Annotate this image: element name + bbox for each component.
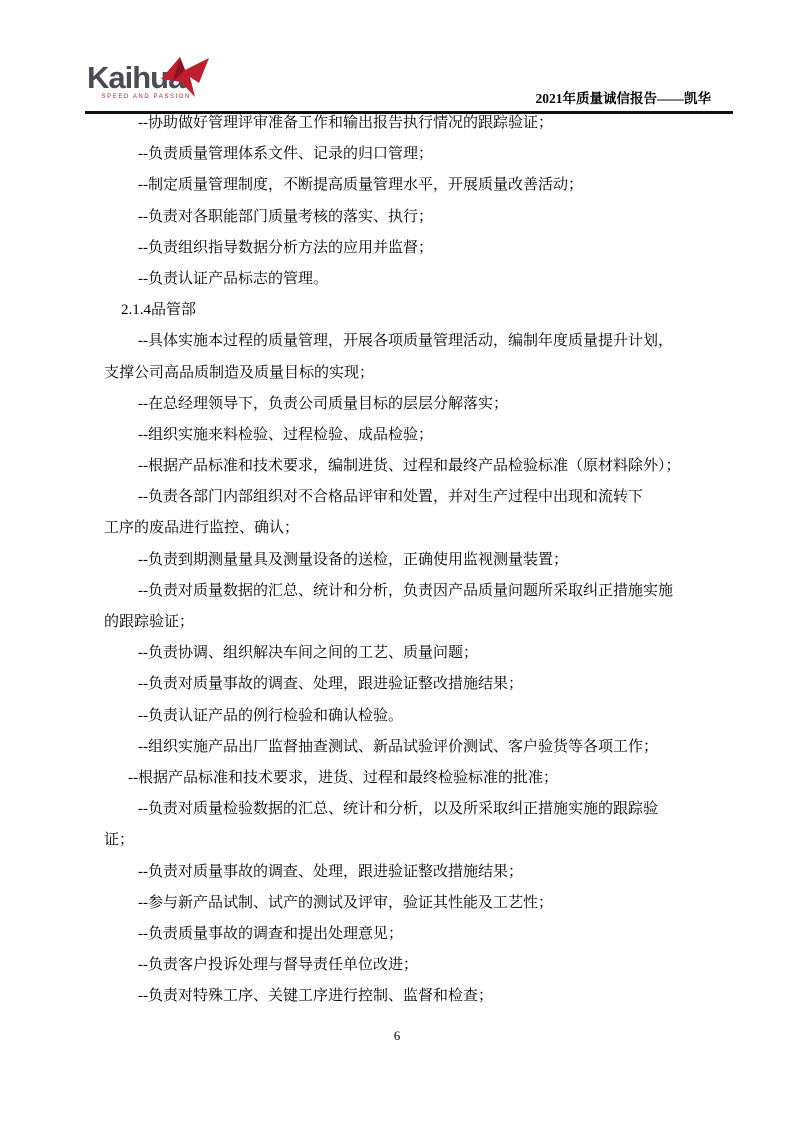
text-line: --具体实施本过程的质量管理，开展各项质量管理活动，编制年度质量提升计划， [104, 326, 724, 357]
text-line: --负责协调、组织解决车间之间的工艺、质量问题； [104, 638, 724, 669]
text-line: --负责认证产品标志的管理。 [104, 264, 724, 295]
text-line: --负责各部门内部组织对不合格品评审和处置，并对生产过程中出现和流转下 [104, 482, 724, 513]
text-line: --根据产品标准和技术要求，进货、过程和最终检验标准的批准； [104, 763, 724, 794]
document-page: Kaihua SPEED AND PASSION 2021年质量诚信报告——凯华… [0, 0, 794, 1123]
text-line: --在总经理领导下，负责公司质量目标的层层分解落实； [104, 389, 724, 420]
text-line: --组织实施来料检验、过程检验、成品检验； [104, 420, 724, 451]
text-line: --协助做好管理评审准备工作和输出报告执行情况的跟踪验证； [104, 108, 724, 139]
section-heading: 2.1.4品管部 [104, 295, 724, 326]
text-line: 工序的废品进行监控、确认； [104, 513, 724, 544]
text-line: --负责认证产品的例行检验和确认检验。 [104, 701, 724, 732]
text-line: 的跟踪验证； [104, 607, 724, 638]
kaihua-logo: Kaihua SPEED AND PASSION [87, 63, 217, 100]
text-line: --参与新产品试制、试产的测试及评审，验证其性能及工艺性； [104, 888, 724, 919]
text-line: --根据产品标准和技术要求，编制进货、过程和最终产品检验标准（原材料除外）； [104, 451, 724, 482]
text-line: --负责组织指导数据分析方法的应用并监督； [104, 233, 724, 264]
bird-icon [159, 55, 213, 104]
text-line: --组织实施产品出厂监督抽查测试、新品试验评价测试、客户验货等各项工作； [104, 732, 724, 763]
text-line: --负责对质量事故的调查、处理，跟进验证整改措施结果； [104, 669, 724, 700]
text-line: --负责到期测量量具及测量设备的送检，正确使用监视测量装置； [104, 545, 724, 576]
text-line: 支撑公司高品质制造及质量目标的实现； [104, 358, 724, 389]
text-line: --制定质量管理制度，不断提高质量管理水平，开展质量改善活动； [104, 170, 724, 201]
text-line: --负责对质量数据的汇总、统计和分析，负责因产品质量问题所采取纠正措施实施 [104, 576, 724, 607]
text-line: --负责对质量检验数据的汇总、统计和分析，以及所采取纠正措施实施的跟踪验 [104, 794, 724, 825]
page-header: Kaihua SPEED AND PASSION 2021年质量诚信报告——凯华 [85, 55, 733, 114]
text-line: --负责对质量事故的调查、处理，跟进验证整改措施结果； [104, 857, 724, 888]
text-line: 证； [104, 825, 724, 856]
text-line: --负责客户投诉处理与督导责任单位改进； [104, 950, 724, 981]
document-body: --协助做好管理评审准备工作和输出报告执行情况的跟踪验证；--负责质量管理体系文… [104, 108, 724, 1012]
report-title: 2021年质量诚信报告——凯华 [536, 87, 712, 107]
text-line: --负责对各职能部门质量考核的落实、执行； [104, 202, 724, 233]
text-line: --负责质量事故的调查和提出处理意见； [104, 919, 724, 950]
page-number: 6 [394, 1028, 401, 1043]
text-line: --负责对特殊工序、关键工序进行控制、监督和检查； [104, 981, 724, 1012]
page-footer: 6 [0, 1026, 794, 1046]
text-line: --负责质量管理体系文件、记录的归口管理； [104, 139, 724, 170]
